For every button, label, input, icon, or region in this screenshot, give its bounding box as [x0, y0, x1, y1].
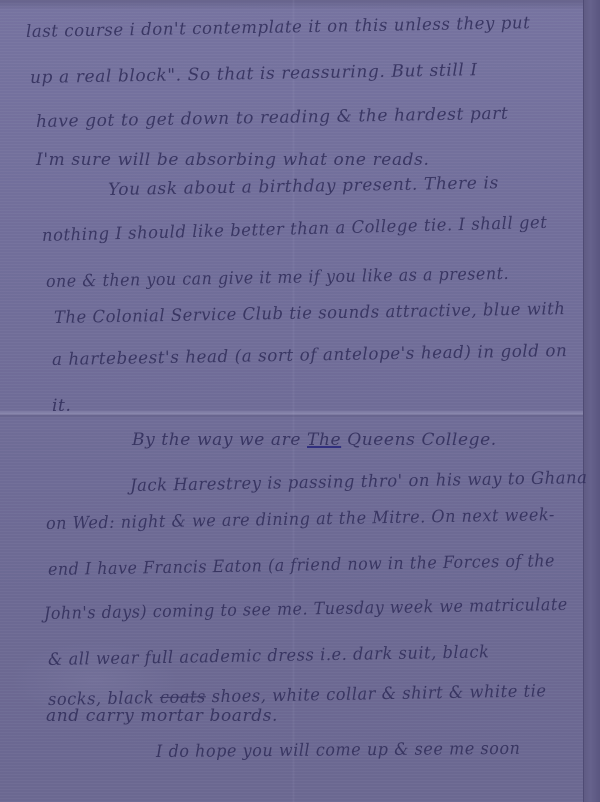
- letter-line-15: John's days) coming to see me. Tuesday w…: [44, 595, 568, 624]
- letter-line-13: on Wed: night & we are dining at the Mit…: [46, 505, 555, 534]
- letter-line-19: I do hope you will come up & see me soon: [156, 739, 521, 762]
- letter-line-9: a hartebeest's head (a sort of antelope'…: [52, 341, 568, 370]
- letter-line-11-text: By the way we are: [132, 430, 301, 450]
- letter-line-8: The Colonial Service Club tie sounds att…: [54, 299, 566, 328]
- letter-page: last course i don't contemplate it on th…: [0, 0, 600, 802]
- letter-line-5: You ask about a birthday present. There …: [108, 173, 499, 200]
- letter-line-14: end I have Francis Eaton (a friend now i…: [48, 551, 555, 580]
- letter-line-17-end: shoes, white collar & shirt & white tie: [211, 681, 546, 707]
- letter-line-12: Jack Harestrey is passing thro' on his w…: [130, 468, 588, 496]
- letter-line-18: and carry mortar boards.: [46, 706, 278, 726]
- underlined-word: The: [307, 430, 341, 450]
- paper-edge: [583, 0, 600, 802]
- horizontal-fold: [0, 410, 584, 418]
- letter-line-7: one & then you can give it me if you lik…: [46, 264, 509, 292]
- letter-line-3: have got to get down to reading & the ha…: [36, 104, 509, 132]
- letter-line-1: last course i don't contemplate it on th…: [26, 13, 531, 42]
- letter-line-10: it.: [52, 396, 71, 416]
- letter-line-4: I'm sure will be absorbing what one read…: [36, 150, 430, 170]
- page-top-shadow: [0, 0, 600, 10]
- letter-line-2: up a real block". So that is reassuring.…: [30, 60, 478, 88]
- college-name: Queens College.: [347, 430, 497, 450]
- struck-word: coats: [160, 687, 206, 708]
- letter-line-11: By the way we are The Queens College.: [132, 430, 497, 450]
